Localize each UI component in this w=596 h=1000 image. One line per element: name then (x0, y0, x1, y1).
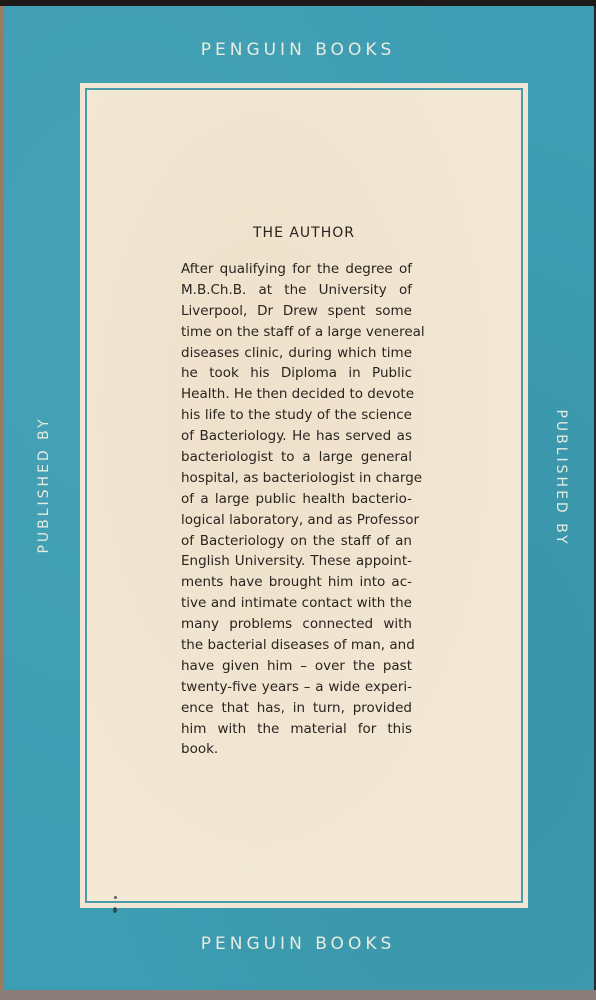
published-by-left: PUBLISHED BY (36, 416, 52, 553)
bio-line: Health. He then decided to devote (181, 384, 412, 405)
bio-line: of Bacteriology on the staff of an (181, 531, 412, 552)
section-title: THE AUTHOR (80, 225, 528, 241)
bio-line: logical laboratory, and as Professor (181, 510, 412, 531)
bio-line: ence that has, in turn, provided (181, 698, 412, 719)
author-panel: THE AUTHOR After qualifying for the degr… (80, 83, 528, 908)
bio-line: have given him – over the past (181, 656, 412, 677)
bio-line: time on the staff of a large venereal (181, 322, 412, 343)
bio-line: After qualifying for the degree of (181, 259, 412, 280)
bio-line: of a large public health bacterio- (181, 489, 412, 510)
bio-line: his life to the study of the science (181, 405, 412, 426)
bio-line: Liverpool, Dr Drew spent some (181, 301, 412, 322)
published-by-right: PUBLISHED BY (553, 409, 569, 546)
bio-line: tive and intimate contact with the (181, 593, 412, 614)
author-bio: After qualifying for the degree of M.B.C… (181, 259, 412, 760)
bio-line: diseases clinic, during which time (181, 343, 412, 364)
bio-line: of Bacteriology. He has served as (181, 426, 412, 447)
cover-blemish (113, 907, 117, 913)
bio-line: him with the material for this (181, 719, 412, 740)
bio-line: hospital, as bacteriologist in charge (181, 468, 412, 489)
bio-line: twenty-five years – a wide experi- (181, 677, 412, 698)
bio-line: English University. These appoint- (181, 551, 412, 572)
bio-line: the bacterial diseases of man, and (181, 635, 412, 656)
bio-line: book. (181, 739, 412, 760)
scan-background-bottom (0, 990, 596, 1000)
bio-line: ments have brought him into ac- (181, 572, 412, 593)
bio-line: he took his Diploma in Public (181, 363, 412, 384)
bio-line: bacteriologist to a large general (181, 447, 412, 468)
bio-line: many problems connected with (181, 614, 412, 635)
cover-blemish (114, 896, 117, 899)
publisher-name-top: PENGUIN BOOKS (0, 40, 596, 60)
publisher-name-bottom: PENGUIN BOOKS (0, 934, 596, 954)
bio-line: M.B.Ch.B. at the University of (181, 280, 412, 301)
